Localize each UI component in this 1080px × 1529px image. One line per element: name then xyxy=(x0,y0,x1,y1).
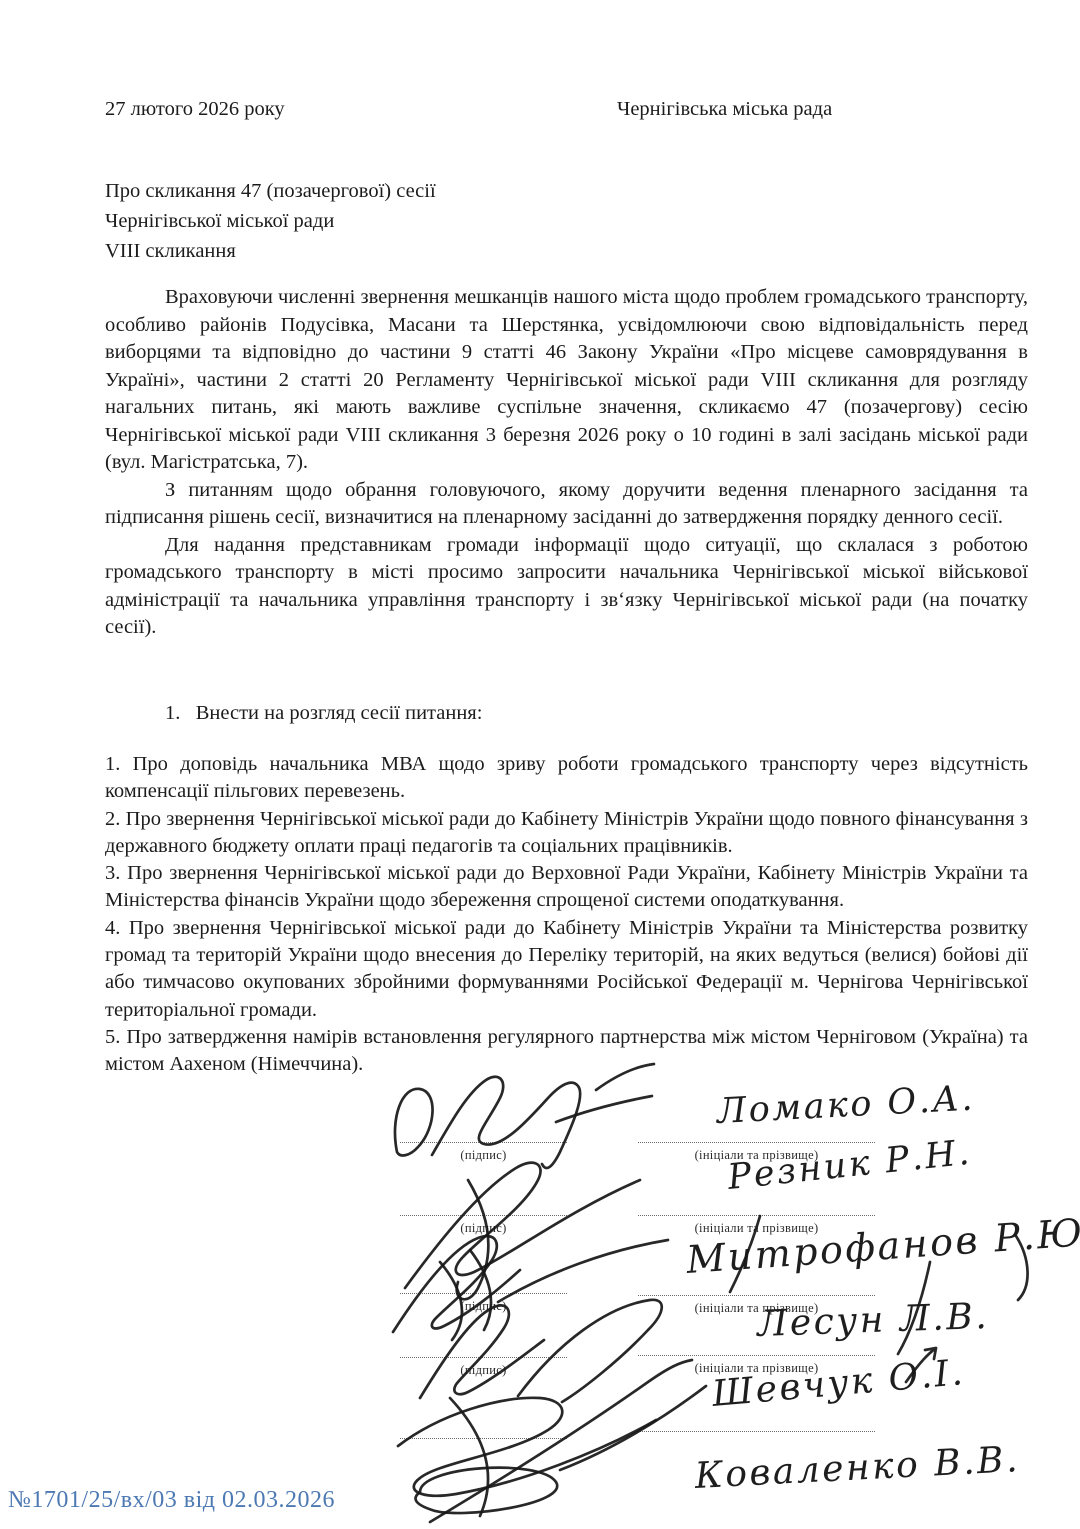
agenda-heading: 1. Внести на розгляд сесії питання: xyxy=(165,700,1025,727)
signature-line xyxy=(400,1215,567,1216)
agenda-item-4: 4. Про звернення Чернігівської міської р… xyxy=(105,915,1028,1024)
signature-scribble-3 xyxy=(470,1250,491,1330)
signature-scribble-3 xyxy=(393,1236,520,1332)
signature-line xyxy=(400,1438,567,1439)
name-line xyxy=(638,1431,875,1432)
name-line xyxy=(638,1295,875,1296)
signature-scribble-5 xyxy=(560,1386,706,1470)
registration-number: №1701/25/вх/03 від 02.03.2026 xyxy=(8,1487,335,1514)
handwritten-name-lomako: Ломако О.А. xyxy=(716,1079,976,1132)
paragraph-2: З питанням щодо обрання головуючого, яко… xyxy=(105,477,1028,532)
subject-block: Про скликання 47 (позачергової) сесії Че… xyxy=(105,176,575,266)
agenda-list: 1. Про доповідь начальника МВА щодо зрив… xyxy=(105,751,1028,1079)
body-text: Враховуючи численні звернення мешканців … xyxy=(105,284,1028,642)
agenda-item-3: 3. Про звернення Чернігівської міської р… xyxy=(105,860,1028,915)
document-header: 27 лютого 2026 року Чернігівська міська … xyxy=(105,97,1028,122)
signature-scribble-5 xyxy=(450,1398,488,1516)
signature-caption: (підпис) xyxy=(400,1221,567,1236)
document-date: 27 лютого 2026 року xyxy=(105,98,285,120)
signature-line xyxy=(400,1357,567,1358)
subject-line-3: VIII скликання xyxy=(105,236,575,266)
handwritten-name-lesun: Лесун Л.В. xyxy=(757,1296,990,1345)
signature-scribble-5 xyxy=(398,1398,656,1496)
signature-line xyxy=(400,1142,567,1143)
name-line xyxy=(638,1355,875,1356)
document-page: 27 лютого 2026 року Чернігівська міська … xyxy=(0,0,1080,1529)
signature-scribble-2 xyxy=(457,1180,489,1299)
signature-scribble-4 xyxy=(420,1305,544,1398)
signature-line xyxy=(400,1293,567,1294)
agenda-item-5: 5. Про затвердження намірів встановлення… xyxy=(105,1024,1028,1079)
agenda-item-2: 2. Про звернення Чернігівської міської р… xyxy=(105,806,1028,861)
signature-scribble-1 xyxy=(556,1096,652,1122)
organization-name: Чернігівська міська рада xyxy=(617,97,832,122)
subject-line-1: Про скликання 47 (позачергової) сесії xyxy=(105,176,575,206)
agenda-item-1: 1. Про доповідь начальника МВА щодо зрив… xyxy=(105,751,1028,806)
signature-caption: (підпис) xyxy=(400,1148,567,1163)
name-line xyxy=(638,1142,875,1143)
paragraph-1: Враховуючи численні звернення мешканців … xyxy=(105,284,1028,477)
signature-scribble-1 xyxy=(395,1089,433,1156)
name-line xyxy=(638,1215,875,1216)
signature-caption: (підпис) xyxy=(400,1299,567,1314)
signature-caption: (підпис) xyxy=(400,1363,567,1378)
paragraph-3: Для надання представникам громади інформ… xyxy=(105,532,1028,642)
signature-scribble-5 xyxy=(416,1468,558,1513)
handwritten-name-kovalenko: Коваленко В.В. xyxy=(694,1439,1021,1497)
subject-line-2: Чернігівської міської ради xyxy=(105,206,575,236)
signature-scribble-5 xyxy=(430,1360,692,1522)
